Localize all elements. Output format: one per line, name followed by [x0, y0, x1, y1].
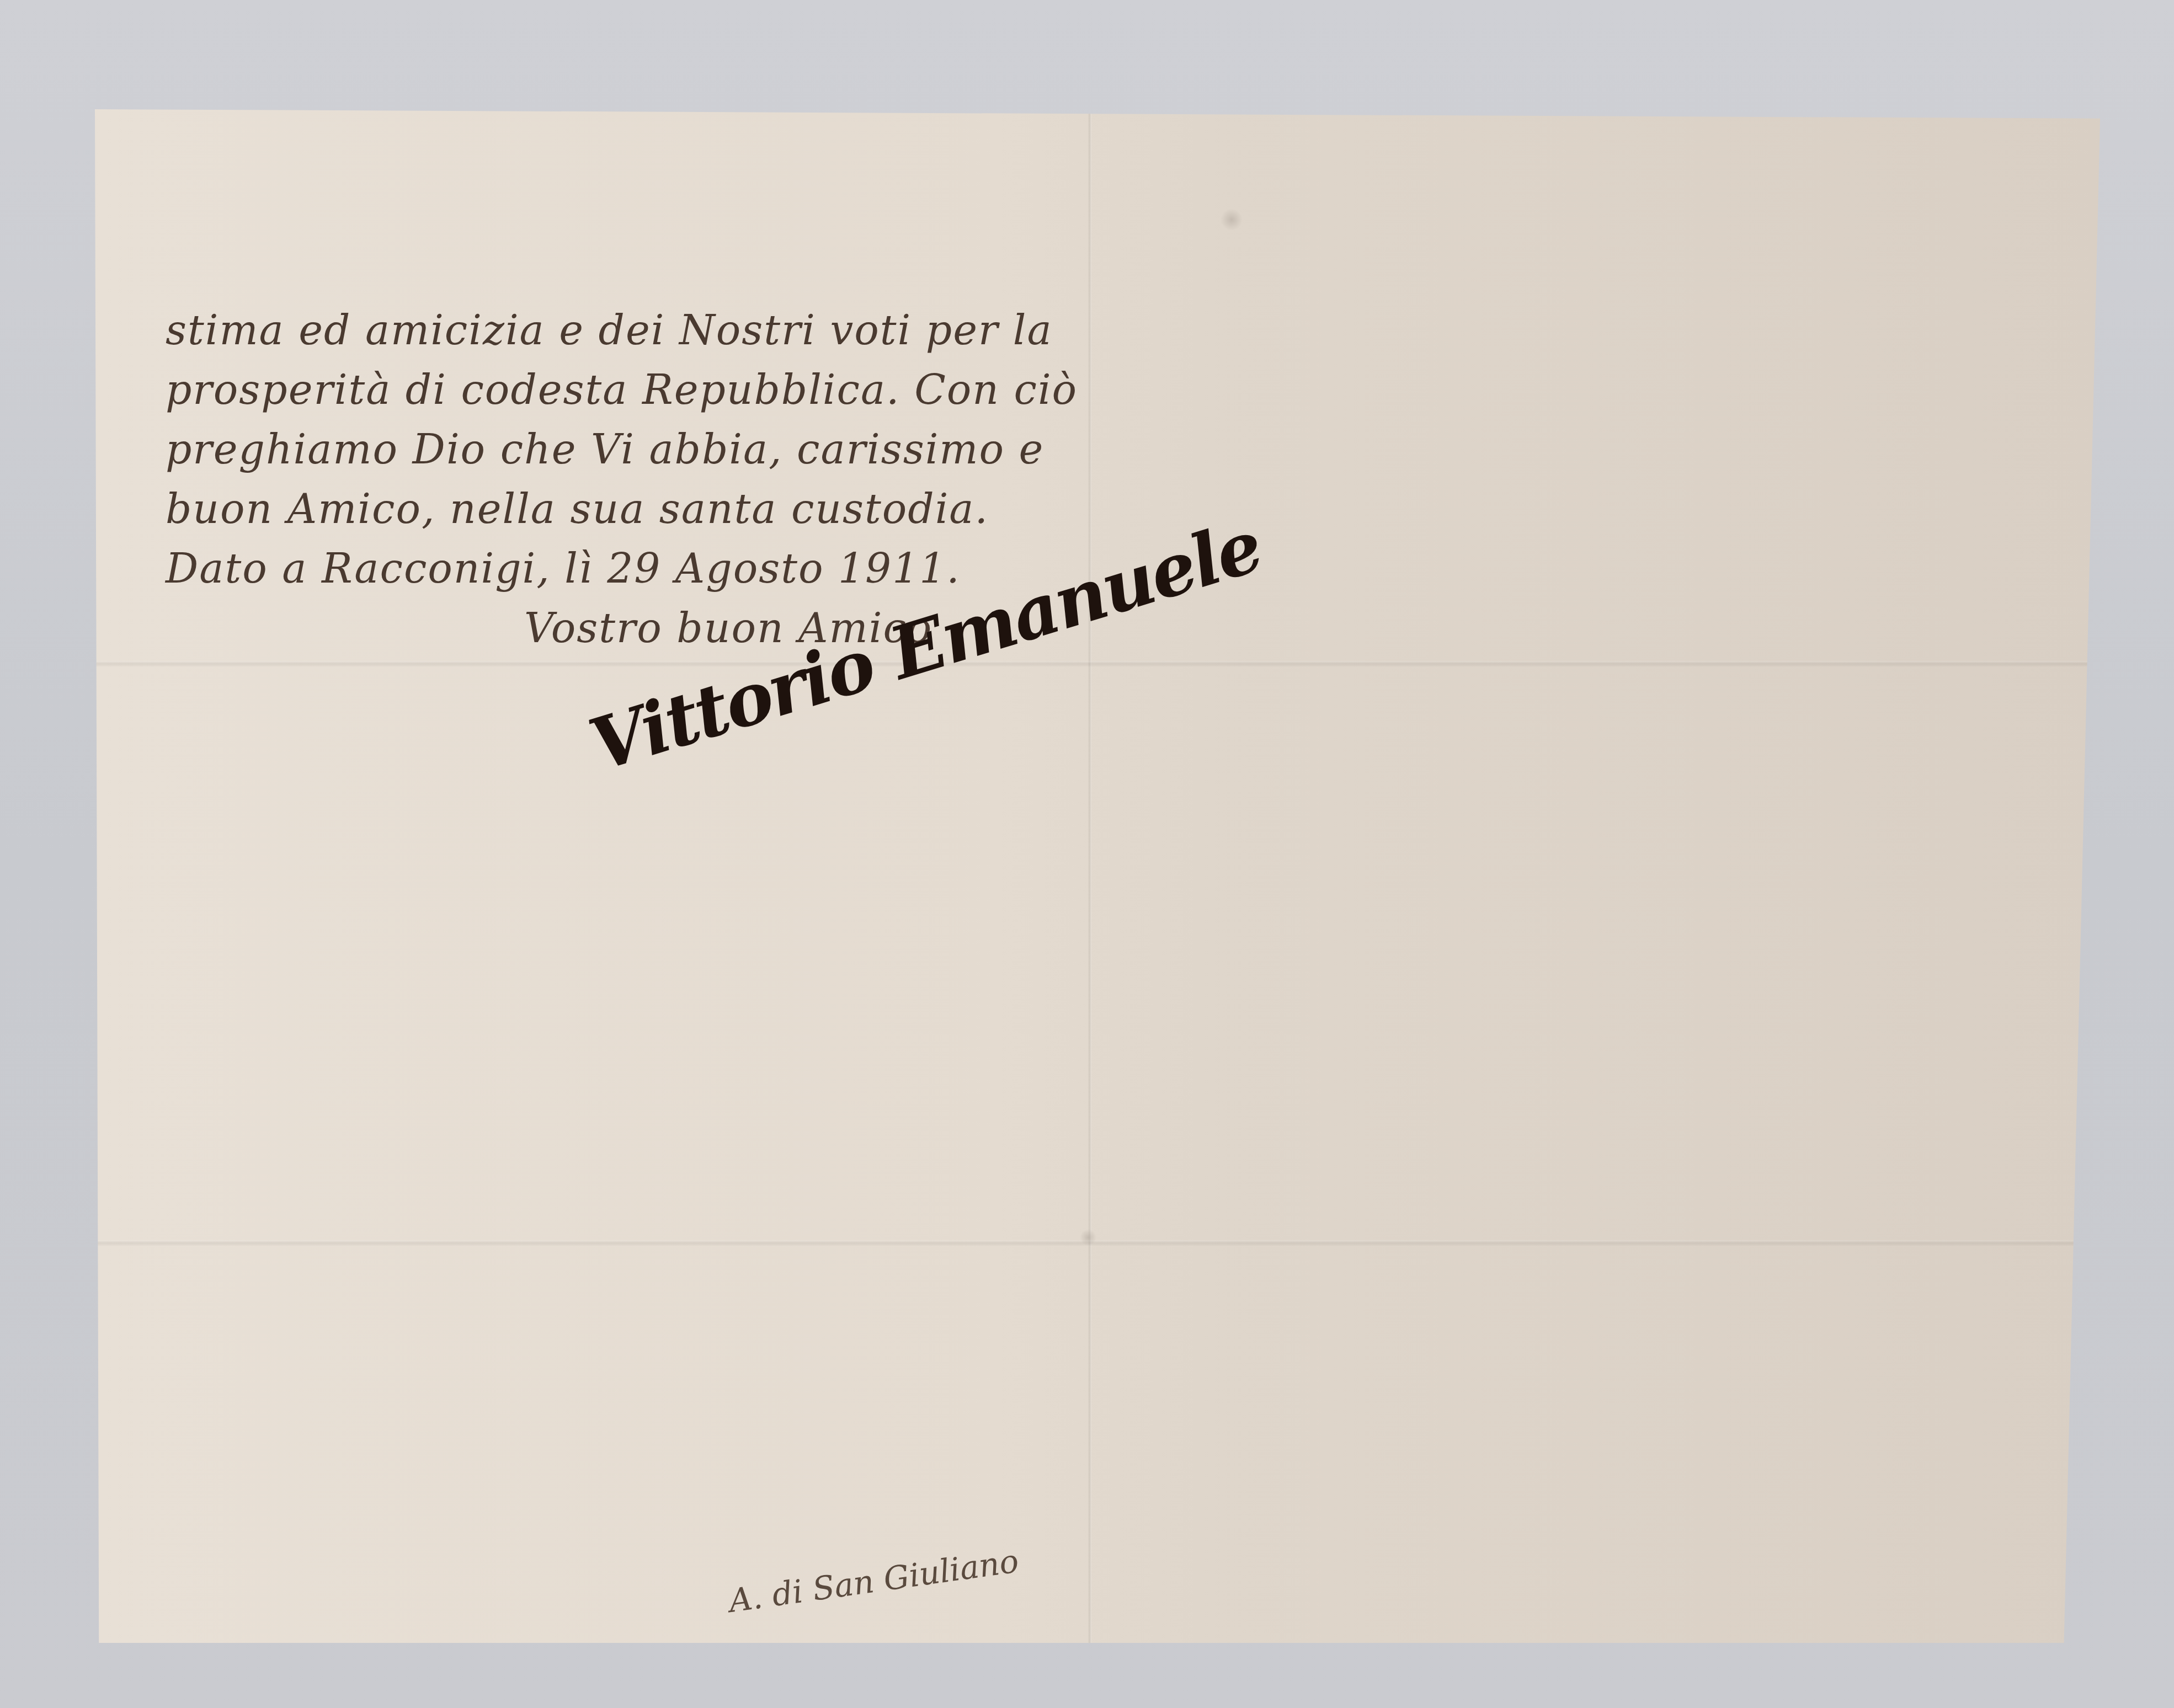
paper-stain — [1221, 209, 1243, 231]
horizontal-fold-line-top — [95, 661, 2100, 666]
letter-line: preghiamo Dio che Vi abbia, carissimo e — [166, 420, 1104, 479]
letter-line: stima ed amicizia e dei Nostri voti per … — [166, 301, 1104, 360]
letter-line: prosperità di codesta Repubblica. Con ci… — [166, 360, 1104, 420]
horizontal-fold-line-bottom — [95, 1240, 2100, 1246]
paper-stain — [1080, 1229, 1096, 1246]
